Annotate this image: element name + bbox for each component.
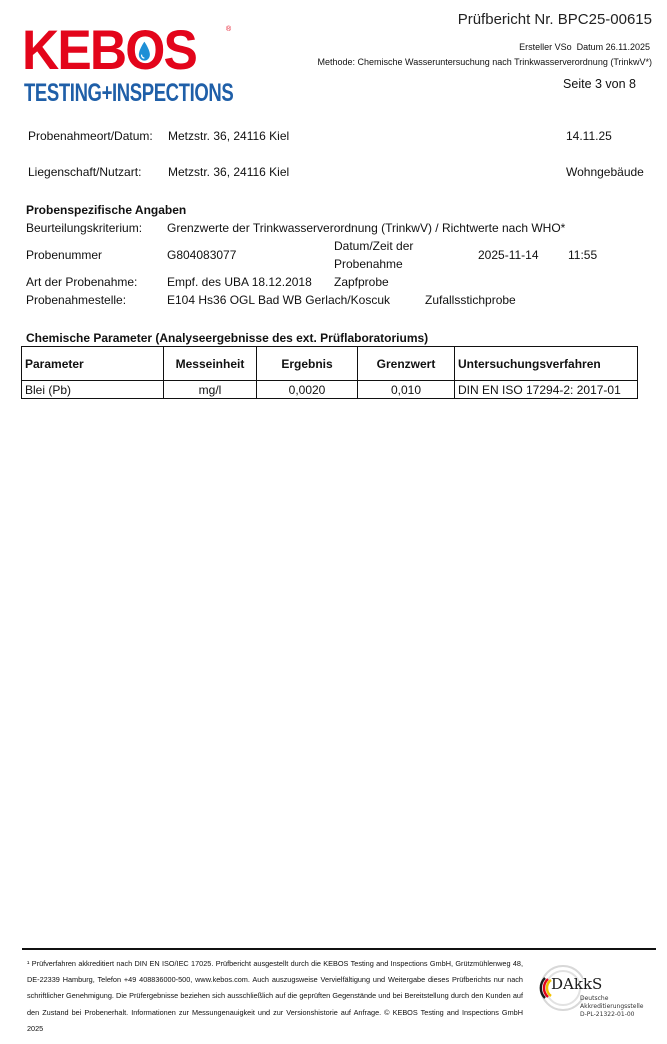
sampling-point-label: Probenahmestelle: — [26, 293, 126, 307]
sample-time: 11:55 — [568, 248, 597, 262]
datetime-label-line1: Datum/Zeit der — [334, 239, 413, 253]
sampling-point-value: E104 Hs36 OGL Bad WB Gerlach/Koscuk — [167, 293, 390, 307]
property-value: Metzstr. 36, 24116 Kiel — [168, 165, 289, 179]
registered-mark: ® — [226, 26, 231, 33]
footer-divider — [22, 948, 656, 950]
footer-note: ¹ Prüfverfahren akkreditiert nach DIN EN… — [27, 956, 523, 1037]
method-line: Methode: Chemische Wasseruntersuchung na… — [318, 57, 652, 67]
chemical-parameters-table: Parameter Messeinheit Ergebnis Grenzwert… — [21, 346, 638, 399]
cell-method: DIN EN ISO 17294-2: 2017-01 — [455, 381, 638, 399]
property-usage: Wohngebäude — [566, 165, 644, 179]
sample-details-heading: Probenspezifische Angaben — [26, 203, 186, 217]
creator-date-line: Ersteller VSo Datum 26.11.2025 — [519, 42, 650, 52]
page-indicator: Seite 3 von 8 — [563, 77, 636, 91]
sampling-type-value: Empf. des UBA 18.12.2018 — [167, 275, 312, 289]
cell-limit: 0,010 — [358, 381, 455, 399]
column-header-unit: Messeinheit — [164, 347, 257, 381]
criterion-label: Beurteilungskriterium: — [26, 221, 142, 235]
sampling-type-extra: Zapfprobe — [334, 275, 389, 289]
logo-o: O — [125, 24, 163, 76]
datetime-label-line2: Probenahme — [334, 257, 403, 271]
cell-unit: mg/l — [164, 381, 257, 399]
column-header-limit: Grenzwert — [358, 347, 455, 381]
dakks-name: DAkkS — [551, 975, 602, 993]
report-title: Prüfbericht Nr. BPC25-00615 — [458, 11, 652, 28]
logo-brand-end: S — [163, 18, 196, 81]
sampling-type-label: Art der Probenahme: — [26, 275, 137, 289]
logo-brand: KEBOS — [22, 24, 196, 76]
sampling-site-label: Probenahmeort/Datum: — [28, 129, 153, 143]
table-header-row: Parameter Messeinheit Ergebnis Grenzwert… — [22, 347, 638, 381]
column-header-result: Ergebnis — [257, 347, 358, 381]
table-row: Blei (Pb) mg/l 0,0020 0,010 DIN EN ISO 1… — [22, 381, 638, 399]
criterion-value: Grenzwerte der Trinkwasserverordnung (Tr… — [167, 221, 565, 235]
column-header-method: Untersuchungsverfahren — [455, 347, 638, 381]
dakks-accreditation-logo: DAkkS Deutsche Akkreditierungsstelle D-P… — [533, 962, 653, 1022]
dakks-line1: Deutsche — [580, 995, 608, 1002]
dakks-line3: D-PL-21322-01-00 — [580, 1011, 635, 1018]
water-drop-icon — [138, 42, 151, 62]
sampling-site-value: Metzstr. 36, 24116 Kiel — [168, 129, 289, 143]
sampling-point-extra: Zufallsstichprobe — [425, 293, 516, 307]
logo-brand-text: KEB — [22, 18, 125, 81]
sample-date: 2025-11-14 — [478, 248, 539, 262]
sampling-date: 14.11.25 — [566, 129, 612, 143]
column-header-parameter: Parameter — [22, 347, 164, 381]
property-label: Liegenschaft/Nutzart: — [28, 165, 141, 179]
chemical-parameters-heading: Chemische Parameter (Analyseergebnisse d… — [26, 331, 428, 345]
cell-result: 0,0020 — [257, 381, 358, 399]
logo-tagline: TESTING+INSPECTIONS — [24, 80, 233, 106]
cell-parameter: Blei (Pb) — [22, 381, 164, 399]
sample-number-value: G804083077 — [167, 248, 236, 262]
dakks-line2: Akkreditierungsstelle — [580, 1003, 643, 1010]
sample-number-label: Probenummer — [26, 248, 102, 262]
